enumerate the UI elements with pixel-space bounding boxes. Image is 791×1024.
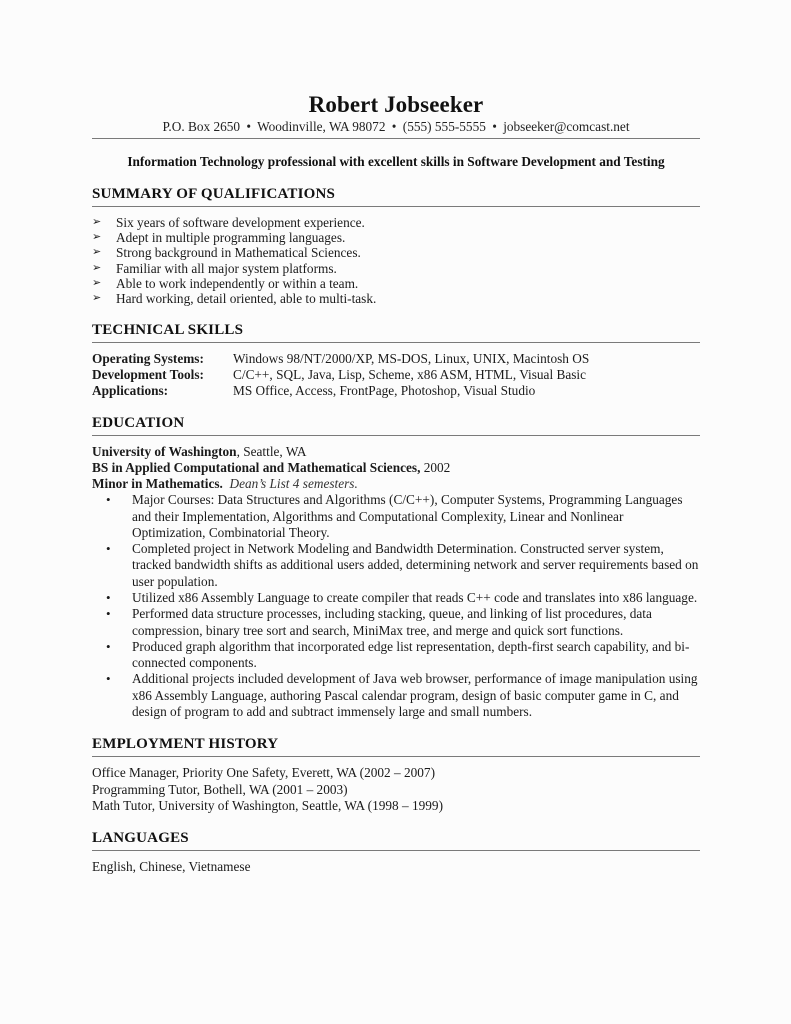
section-education: EDUCATION University of Washington, Seat… (92, 414, 700, 720)
list-item-text: Strong background in Mathematical Scienc… (116, 245, 361, 260)
honors: Dean’s List 4 semesters. (230, 476, 358, 491)
bullet-dot-icon: • (106, 639, 111, 655)
list-item-text: Completed project in Network Modeling an… (132, 541, 698, 589)
contact-phone: (555) 555-5555 (403, 119, 486, 134)
summary-list: ➢Six years of software development exper… (92, 215, 700, 306)
employment-entry: Programming Tutor, Bothell, WA (2001 – 2… (92, 782, 700, 798)
employment-entry: Math Tutor, University of Washington, Se… (92, 798, 700, 814)
degree-year: 2002 (420, 460, 450, 475)
languages-text: English, Chinese, Vietnamese (92, 859, 700, 875)
contact-email: jobseeker@comcast.net (503, 119, 629, 134)
degree-line: BS in Applied Computational and Mathemat… (92, 460, 700, 476)
arrow-bullet-icon: ➢ (92, 291, 101, 306)
contact-address: P.O. Box 2650 (162, 119, 240, 134)
header-divider (92, 138, 700, 139)
education-projects-list: •Major Courses: Data Structures and Algo… (92, 492, 700, 720)
separator-dot: • (492, 119, 497, 134)
section-divider (92, 850, 700, 851)
bullet-dot-icon: • (106, 492, 111, 508)
section-title: EDUCATION (92, 414, 700, 435)
list-item-text: Utilized x86 Assembly Language to create… (132, 590, 697, 605)
minor-line: Minor in Mathematics. Dean’s List 4 seme… (92, 476, 700, 492)
skill-value: Windows 98/NT/2000/XP, MS-DOS, Linux, UN… (233, 351, 700, 367)
candidate-name: Robert Jobseeker (92, 92, 700, 118)
bullet-dot-icon: • (106, 606, 111, 622)
list-item-text: Familiar with all major system platforms… (116, 261, 337, 276)
arrow-bullet-icon: ➢ (92, 230, 101, 245)
list-item: ➢Hard working, detail oriented, able to … (92, 291, 700, 306)
section-divider (92, 206, 700, 207)
separator-dot: • (246, 119, 251, 134)
section-divider (92, 342, 700, 343)
resume-header: Robert Jobseeker P.O. Box 2650 • Woodinv… (92, 92, 700, 170)
list-item: •Major Courses: Data Structures and Algo… (92, 492, 700, 541)
resume-page: Robert Jobseeker P.O. Box 2650 • Woodinv… (92, 92, 700, 876)
section-title: TECHNICAL SKILLS (92, 321, 700, 342)
list-item: •Completed project in Network Modeling a… (92, 541, 700, 590)
arrow-bullet-icon: ➢ (92, 245, 101, 260)
section-title: LANGUAGES (92, 829, 700, 850)
list-item: •Additional projects included developmen… (92, 671, 700, 720)
section-title: SUMMARY OF QUALIFICATIONS (92, 185, 700, 206)
skill-value: C/C++, SQL, Java, Lisp, Scheme, x86 ASM,… (233, 367, 700, 383)
list-item-text: Six years of software development experi… (116, 215, 365, 230)
section-technical-skills: TECHNICAL SKILLS Operating Systems:Windo… (92, 321, 700, 399)
objective-statement: Information Technology professional with… (92, 154, 700, 170)
list-item-text: Performed data structure processes, incl… (132, 606, 652, 637)
list-item-text: Adept in multiple programming languages. (116, 230, 345, 245)
bullet-dot-icon: • (106, 590, 111, 606)
employment-entry: Office Manager, Priority One Safety, Eve… (92, 765, 700, 781)
skill-label: Applications: (92, 383, 233, 399)
skill-label: Operating Systems: (92, 351, 233, 367)
list-item-text: Additional projects included development… (132, 671, 698, 719)
list-item: ➢Familiar with all major system platform… (92, 261, 700, 276)
school-location: , Seattle, WA (237, 444, 307, 459)
degree-name: BS in Applied Computational and Mathemat… (92, 460, 420, 475)
section-divider (92, 756, 700, 757)
list-item-text: Hard working, detail oriented, able to m… (116, 291, 376, 306)
section-languages: LANGUAGES English, Chinese, Vietnamese (92, 829, 700, 875)
bullet-dot-icon: • (106, 541, 111, 557)
arrow-bullet-icon: ➢ (92, 261, 101, 276)
contact-city: Woodinville, WA 98072 (257, 119, 385, 134)
skills-table: Operating Systems:Windows 98/NT/2000/XP,… (92, 351, 700, 399)
list-item: ➢Strong background in Mathematical Scien… (92, 245, 700, 260)
arrow-bullet-icon: ➢ (92, 215, 101, 230)
list-item: ➢Adept in multiple programming languages… (92, 230, 700, 245)
separator-dot: • (392, 119, 397, 134)
section-summary: SUMMARY OF QUALIFICATIONS ➢Six years of … (92, 185, 700, 306)
section-employment: EMPLOYMENT HISTORY Office Manager, Prior… (92, 735, 700, 814)
contact-line: P.O. Box 2650 • Woodinville, WA 98072 • … (92, 119, 700, 135)
list-item: •Performed data structure processes, inc… (92, 606, 700, 639)
list-item: ➢Able to work independently or within a … (92, 276, 700, 291)
employment-list: Office Manager, Priority One Safety, Eve… (92, 765, 700, 814)
skill-label: Development Tools: (92, 367, 233, 383)
school-name: University of Washington (92, 444, 237, 459)
school-line: University of Washington, Seattle, WA (92, 444, 700, 460)
section-title: EMPLOYMENT HISTORY (92, 735, 700, 756)
list-item: •Utilized x86 Assembly Language to creat… (92, 590, 700, 606)
skill-value: MS Office, Access, FrontPage, Photoshop,… (233, 383, 700, 399)
list-item: •Produced graph algorithm that incorpora… (92, 639, 700, 672)
minor-name: Minor in Mathematics. (92, 476, 223, 491)
list-item-text: Produced graph algorithm that incorporat… (132, 639, 689, 670)
bullet-dot-icon: • (106, 671, 111, 687)
list-item-text: Major Courses: Data Structures and Algor… (132, 492, 683, 540)
section-divider (92, 435, 700, 436)
list-item-text: Able to work independently or within a t… (116, 276, 358, 291)
arrow-bullet-icon: ➢ (92, 276, 101, 291)
list-item: ➢Six years of software development exper… (92, 215, 700, 230)
